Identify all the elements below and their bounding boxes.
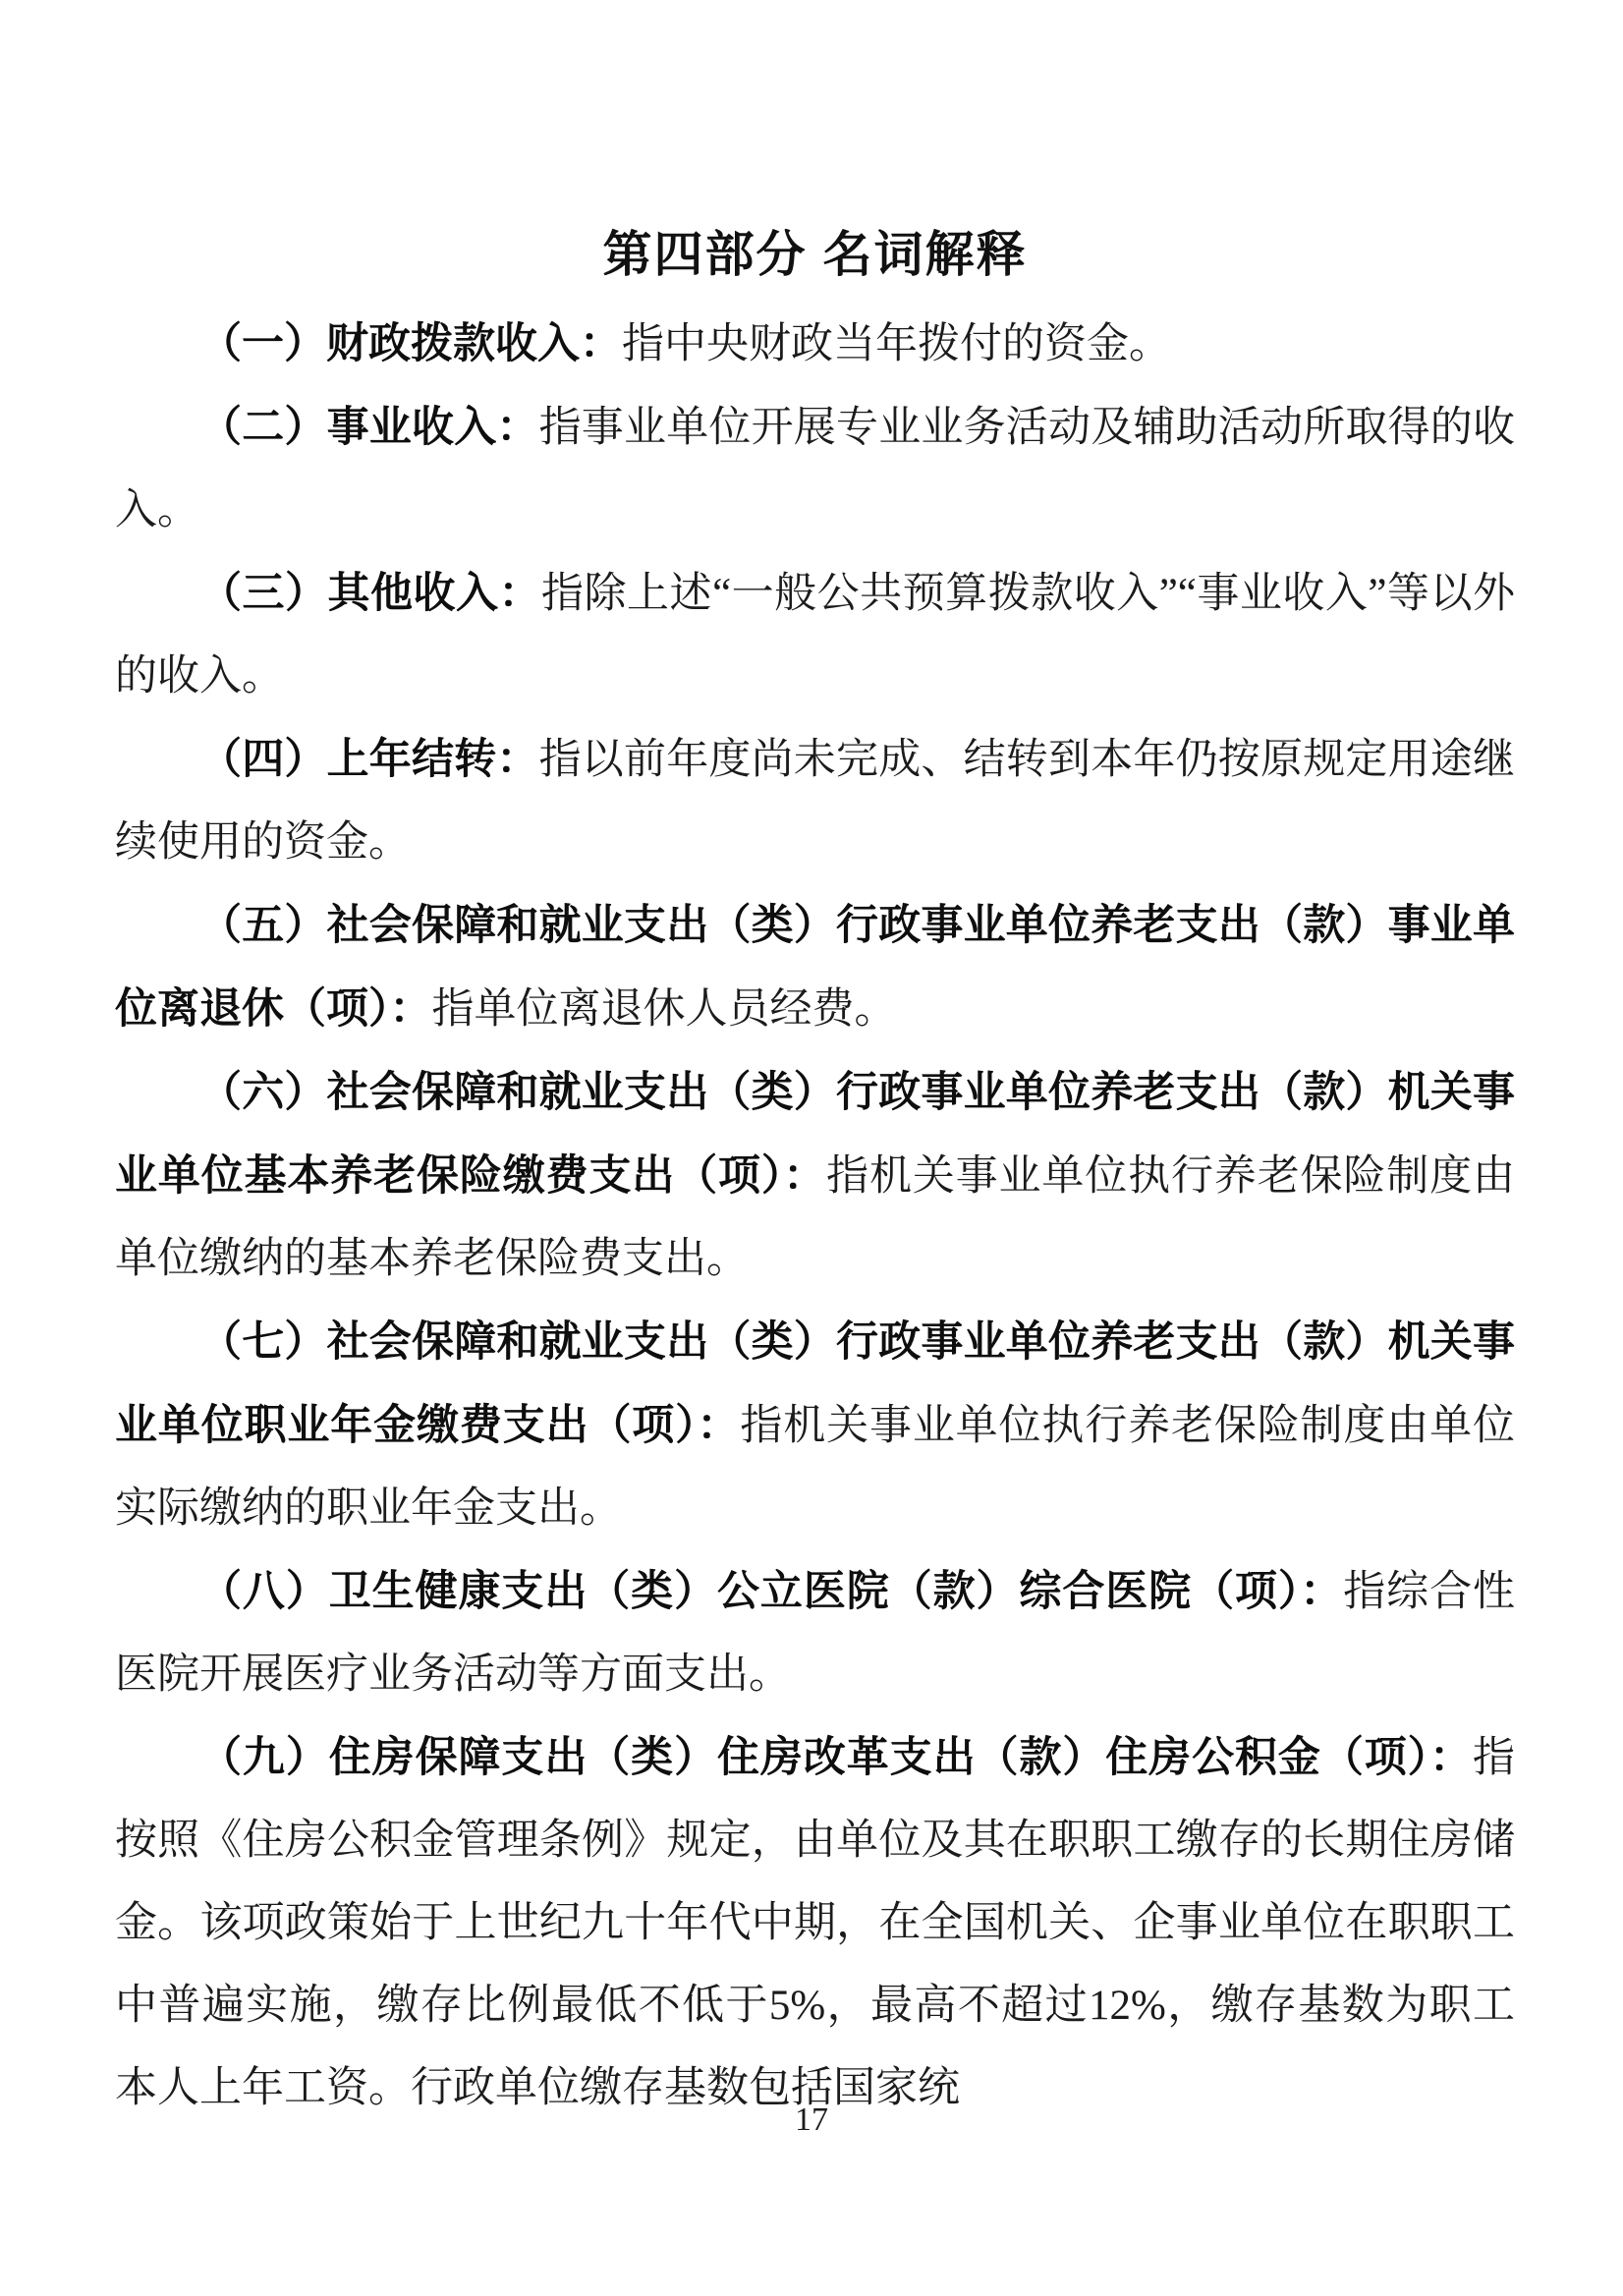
document-body: （一）财政拨款收入：指中央财政当年拨付的资金。 （二）事业收入：指事业单位开展专… [115,303,1515,2130]
document-content: 第四部分 名词解释 （一）财政拨款收入：指中央财政当年拨付的资金。 （二）事业收… [115,222,1515,2130]
definition-text: 指中央财政当年拨付的资金。 [622,321,1171,367]
definition-paragraph: （五）社会保障和就业支出（类）行政事业单位养老支出（款）事业单位离退休（项）：指… [115,884,1515,1051]
term-text: （八）卫生健康支出（类）公立医院（款）综合医院（项）： [199,1568,1343,1615]
page-number: 17 [0,2100,1623,2140]
term-text: （四）上年结转： [199,736,539,783]
term-text: （三）其他收入： [199,570,541,617]
definition-paragraph: （一）财政拨款收入：指中央财政当年拨付的资金。 [115,303,1515,386]
definition-paragraph: （九）住房保障支出（类）住房改革支出（款）住房公积金（项）：指按照《住房公积金管… [115,1716,1515,2130]
term-text: （九）住房保障支出（类）住房改革支出（款）住房公积金（项）： [199,1734,1473,1781]
definition-paragraph: （二）事业收入：指事业单位开展专业业务活动及辅助活动所取得的收入。 [115,386,1515,552]
definition-paragraph: （七）社会保障和就业支出（类）行政事业单位养老支出（款）机关事业单位职业年金缴费… [115,1301,1515,1550]
definition-text: 指单位离退休人员经费。 [432,986,897,1033]
definition-paragraph: （八）卫生健康支出（类）公立医院（款）综合医院（项）：指综合性医院开展医疗业务活… [115,1550,1515,1716]
term-text: （一）财政拨款收入： [199,320,622,367]
definition-paragraph: （六）社会保障和就业支出（类）行政事业单位养老支出（款）机关事业单位基本养老保险… [115,1051,1515,1301]
definition-paragraph: （四）上年结转：指以前年度尚未完成、结转到本年仍按原规定用途继续使用的资金。 [115,718,1515,884]
definition-paragraph: （三）其他收入：指除上述“一般公共预算拨款收入”“事业收入”等以外的收入。 [115,552,1515,718]
term-text: （二）事业收入： [199,404,539,451]
page-title: 第四部分 名词解释 [115,222,1515,287]
document-page: 第四部分 名词解释 （一）财政拨款收入：指中央财政当年拨付的资金。 （二）事业收… [0,0,1623,2296]
definition-text: 指按照《住房公积金管理条例》规定，由单位及其在职职工缴存的长期住房储金。该项政策… [115,1735,1515,2111]
